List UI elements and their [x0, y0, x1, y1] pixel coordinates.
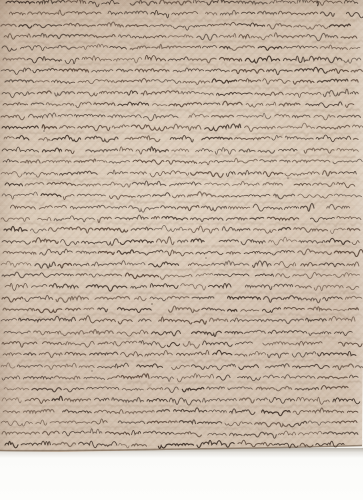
handwriting-line [238, 79, 261, 82]
handwriting-line [237, 113, 271, 119]
ghost-handwriting-line [343, 177, 359, 180]
ghost-handwriting-line [226, 404, 246, 409]
handwriting-line [346, 104, 354, 108]
ghost-handwriting-line [26, 201, 44, 206]
handwriting-line [256, 387, 274, 389]
ghost-handwriting-line [15, 19, 39, 21]
handwriting-line [213, 350, 232, 355]
ghost-handwriting-line [54, 293, 76, 296]
handwriting-line [232, 181, 259, 185]
ghost-handwriting-line [162, 131, 180, 133]
handwriting-line [77, 184, 101, 186]
handwriting-line [284, 307, 304, 309]
handwriting-line [172, 195, 185, 198]
ghost-handwriting-line [39, 222, 65, 226]
handwriting-line [351, 69, 362, 72]
handwriting-line [177, 205, 199, 210]
ghost-handwriting-line [355, 361, 362, 363]
handwriting-line [21, 160, 40, 163]
ghost-handwriting-line [263, 87, 283, 92]
handwriting-line [293, 272, 332, 278]
ghost-handwriting-line [271, 40, 299, 42]
handwriting-line [202, 308, 225, 311]
handwriting-line [66, 12, 101, 15]
handwriting-line [109, 160, 130, 163]
handwriting-line [160, 0, 192, 5]
ghost-handwriting-line [48, 88, 62, 90]
handwriting-line [238, 376, 261, 381]
ghost-handwriting-line [254, 269, 263, 270]
ghost-handwriting-line [58, 64, 73, 66]
handwriting-line [204, 103, 220, 105]
handwriting-line [214, 160, 233, 162]
ghost-handwriting-line [27, 426, 55, 430]
ghost-handwriting-line [278, 268, 305, 271]
ghost-handwriting-line [303, 291, 337, 296]
ghost-handwriting-line [16, 292, 34, 294]
ghost-handwriting-line [103, 426, 123, 428]
handwriting-line [59, 69, 88, 72]
handwriting-line [318, 351, 356, 356]
handwriting-line [321, 386, 348, 390]
handwriting-line [228, 387, 253, 390]
handwriting-line [226, 218, 247, 221]
handwriting-line [56, 296, 88, 303]
handwriting-line [337, 182, 355, 187]
ghost-handwriting-line [19, 360, 31, 364]
handwriting-line [232, 46, 255, 51]
ghost-handwriting-line [266, 246, 286, 248]
handwriting-line [292, 352, 316, 357]
ghost-handwriting-line [277, 292, 299, 294]
ghost-handwriting-line [215, 109, 247, 112]
ghost-handwriting-line [245, 359, 276, 363]
handwriting-line [293, 364, 330, 368]
handwriting-line [348, 308, 358, 310]
handwriting-line [73, 263, 89, 266]
handwriting-line [125, 410, 154, 413]
ghost-handwriting-line [168, 292, 201, 295]
handwriting-line [9, 12, 25, 15]
handwriting-line [276, 386, 292, 390]
handwriting-line [334, 194, 361, 197]
handwriting-line [267, 69, 293, 75]
handwriting-line [130, 172, 146, 174]
ghost-handwriting-line [73, 201, 88, 203]
ghost-handwriting-line [34, 360, 71, 363]
handwriting-line [169, 103, 202, 107]
ghost-handwriting-line [56, 19, 77, 22]
handwriting-line [238, 440, 273, 447]
handwriting-line [122, 388, 143, 390]
ghost-handwriting-line [155, 177, 168, 180]
handwriting-line [102, 0, 120, 4]
handwriting-line [293, 80, 314, 84]
handwriting-line [319, 263, 345, 267]
handwriting-line [38, 217, 51, 220]
handwriting-line [36, 309, 62, 313]
handwriting-line [279, 149, 298, 152]
handwriting-line [61, 227, 93, 233]
showthrough-layer [9, 18, 363, 432]
handwriting-line [19, 25, 32, 28]
handwriting-line [4, 226, 27, 231]
ghost-handwriting-line [253, 133, 284, 136]
handwriting-line [150, 297, 166, 301]
handwriting-line [181, 284, 206, 290]
handwriting-line [347, 262, 359, 266]
handwriting-line [318, 376, 348, 378]
ghost-handwriting-line [139, 313, 174, 316]
handwriting-line [174, 408, 207, 412]
handwriting-line [1, 115, 25, 120]
ghost-handwriting-line [161, 245, 192, 247]
handwriting-line [63, 410, 77, 413]
handwriting-line [91, 419, 107, 424]
handwriting-line [157, 410, 170, 413]
handwriting-line [28, 10, 66, 15]
handwriting-line [5, 183, 23, 186]
ghost-handwriting-line [74, 360, 99, 362]
ghost-handwriting-line [344, 337, 361, 340]
ghost-handwriting-line [202, 201, 238, 205]
ghost-handwriting-line [77, 62, 101, 65]
ghost-handwriting-line [107, 110, 122, 112]
handwriting-line [298, 431, 322, 435]
handwriting-line [353, 125, 363, 128]
ghost-handwriting-line [351, 223, 362, 226]
handwriting-line [274, 194, 295, 199]
handwriting-line [294, 228, 328, 233]
handwriting-line [309, 1, 342, 6]
handwriting-line [78, 80, 115, 84]
ghost-handwriting-line [243, 19, 260, 21]
ghost-handwriting-line [341, 427, 357, 429]
handwriting-line [292, 160, 330, 163]
handwriting-line [50, 421, 90, 423]
ghost-handwriting-line [144, 245, 159, 248]
handwriting-line [109, 195, 135, 199]
ghost-handwriting-line [87, 246, 98, 248]
handwriting-line [237, 229, 250, 231]
handwriting-line [136, 149, 146, 154]
handwriting-line [4, 137, 14, 139]
handwriting-line [258, 150, 274, 153]
handwriting-line [64, 23, 96, 26]
handwriting-line [108, 170, 128, 174]
ghost-handwriting-line [278, 359, 316, 363]
handwriting-line [264, 297, 282, 303]
handwriting-line [6, 1, 35, 4]
ghost-handwriting-line [111, 268, 132, 271]
handwriting-line [245, 126, 276, 131]
handwriting-line [306, 102, 342, 108]
handwriting-line [152, 104, 167, 106]
ghost-handwriting-line [23, 64, 54, 67]
handwriting-line [31, 229, 47, 233]
handwriting-line [39, 206, 52, 209]
handwriting-line [245, 330, 266, 333]
ghost-handwriting-line [230, 133, 246, 137]
ghost-handwriting-line [49, 405, 83, 408]
handwriting-line [119, 35, 131, 38]
ghost-handwriting-line [20, 223, 38, 225]
ghost-handwriting-line [69, 41, 95, 44]
handwriting-line [35, 80, 49, 82]
handwriting-line [355, 366, 363, 368]
handwriting-line [351, 80, 358, 82]
ghost-handwriting-line [197, 86, 224, 89]
handwriting-line [279, 227, 291, 230]
handwriting-line [1, 218, 30, 222]
handwriting-line [282, 375, 316, 379]
handwriting-line [141, 91, 179, 95]
ghost-handwriting-line [54, 314, 75, 318]
ghost-handwriting-line [251, 291, 272, 296]
handwriting-line [246, 103, 263, 107]
handwriting-line [3, 58, 25, 60]
ghost-handwriting-line [219, 269, 251, 273]
ghost-handwriting-line [92, 131, 107, 133]
handwriting-line [201, 93, 213, 95]
handwriting-line [168, 124, 201, 130]
ghost-handwriting-line [324, 18, 348, 21]
ghost-handwriting-line [343, 270, 357, 272]
handwriting-line [263, 342, 294, 345]
handwriting-line [2, 431, 39, 434]
handwriting-line [77, 92, 97, 96]
handwriting-line [49, 284, 78, 289]
handwriting-line [145, 350, 173, 356]
handwriting-line [326, 238, 350, 244]
handwriting-line [299, 240, 325, 243]
handwriting-line [196, 251, 223, 254]
handwriting-line [345, 296, 361, 299]
handwriting-line [297, 397, 330, 404]
ghost-handwriting-line [102, 61, 133, 65]
handwriting-line [270, 0, 296, 4]
ghost-handwriting-line [256, 427, 268, 431]
ghost-handwriting-line [267, 178, 280, 180]
handwriting-line [196, 148, 213, 151]
handwriting-line [314, 285, 343, 291]
handwriting-line [188, 226, 218, 233]
handwriting-line [3, 353, 21, 356]
handwriting-line [283, 296, 301, 300]
ghost-handwriting-line [212, 404, 222, 407]
handwriting-line [226, 252, 240, 255]
ghost-handwriting-line [80, 381, 91, 384]
handwriting-line [274, 284, 293, 287]
ghost-handwriting-line [72, 156, 87, 158]
ghost-handwriting-line [312, 19, 322, 22]
handwriting-line [112, 125, 129, 128]
handwriting-line [292, 115, 310, 118]
handwriting-line [249, 351, 266, 356]
handwriting-line [92, 70, 113, 72]
handwriting-line [39, 352, 62, 357]
handwriting-line [41, 194, 61, 197]
handwriting-line [274, 262, 296, 268]
handwriting-line [48, 228, 59, 232]
handwriting-line [36, 420, 47, 425]
handwriting-line [238, 170, 261, 174]
handwriting-line [176, 432, 202, 437]
handwriting-line [244, 432, 276, 438]
ghost-handwriting-line [294, 20, 310, 22]
ghost-handwriting-line [178, 404, 208, 408]
handwriting-line [346, 12, 363, 18]
handwriting-line [333, 273, 360, 278]
handwriting-line [33, 68, 58, 72]
handwriting-line [110, 46, 127, 49]
ghost-handwriting-line [101, 245, 136, 248]
handwriting-line [197, 34, 217, 40]
handwriting-line [245, 285, 272, 290]
handwriting-line [87, 387, 119, 390]
handwriting-line [308, 421, 330, 425]
handwriting-line [143, 114, 178, 120]
handwriting-line [86, 429, 102, 434]
handwriting-line [98, 363, 129, 368]
handwriting-line [4, 388, 29, 390]
ghost-handwriting-line [135, 132, 155, 135]
ghost-handwriting-line [121, 178, 138, 182]
handwriting-line [301, 263, 317, 266]
handwriting-line [269, 397, 295, 403]
handwriting-line [314, 115, 335, 120]
handwriting-line [240, 398, 255, 403]
handwriting-line [294, 183, 311, 185]
handwriting-line [263, 183, 282, 186]
handwriting-line [217, 92, 253, 95]
ghost-handwriting-line [58, 426, 91, 432]
ghost-handwriting-line [80, 291, 93, 295]
ghost-handwriting-line [349, 247, 362, 248]
handwriting-line [162, 216, 188, 220]
ink-speck [205, 257, 207, 259]
handwriting-line [65, 58, 79, 64]
handwriting-line [310, 217, 334, 222]
handwriting-line [263, 375, 279, 378]
handwriting-line [124, 91, 138, 95]
handwriting-line [266, 102, 276, 105]
handwriting-line [115, 215, 148, 219]
handwriting-line [143, 431, 174, 434]
ghost-handwriting-line [227, 86, 260, 89]
handwriting-line [135, 250, 163, 255]
handwriting-line [202, 46, 216, 48]
handwriting-line [79, 365, 94, 367]
handwriting-line [272, 250, 294, 255]
ghost-handwriting-line [141, 178, 153, 180]
ghost-handwriting-line [317, 358, 352, 361]
handwriting-line [323, 297, 343, 301]
handwriting-line [158, 443, 193, 448]
handwriting-line [262, 410, 291, 416]
handwriting-line [17, 365, 42, 368]
ghost-handwriting-line [250, 110, 279, 114]
handwriting-line [170, 135, 193, 142]
handwriting-line [24, 172, 35, 174]
handwriting-line [352, 241, 359, 245]
handwriting-line [135, 69, 169, 72]
handwriting-line [308, 307, 331, 311]
handwriting-line [92, 261, 126, 266]
handwriting-line [118, 320, 132, 324]
ghost-handwriting-line [353, 131, 361, 133]
handwriting-line [94, 410, 123, 414]
handwriting-line [284, 46, 318, 49]
ghost-handwriting-line [42, 269, 61, 271]
handwriting-line [159, 317, 192, 324]
ghost-handwriting-line [279, 337, 292, 339]
handwriting-line [145, 55, 165, 60]
ghost-handwriting-line [119, 41, 149, 45]
ghost-handwriting-line [271, 404, 297, 408]
handwriting-line [98, 308, 108, 312]
handwriting-line [54, 219, 64, 221]
ghost-handwriting-line [70, 246, 84, 248]
handwriting-line [151, 217, 159, 219]
ghost-handwriting-line [217, 19, 243, 21]
handwriting-line [2, 92, 34, 98]
handwriting-line [189, 114, 209, 118]
ghost-handwriting-line [45, 179, 70, 182]
handwriting-line [52, 396, 63, 400]
handwriting-line [338, 342, 362, 347]
handwriting-line [191, 239, 204, 242]
handwriting-line [43, 431, 60, 435]
handwriting-line [58, 114, 73, 116]
ghost-handwriting-line [140, 108, 175, 113]
handwriting-line [222, 227, 235, 231]
handwriting-line [220, 57, 242, 60]
handwriting-line [294, 25, 329, 29]
handwriting-line [237, 23, 265, 26]
ghost-handwriting-line [259, 200, 295, 203]
handwriting-line [295, 67, 327, 73]
ghost-handwriting-line [48, 382, 78, 385]
ghost-handwriting-line [174, 337, 209, 340]
handwriting-line [230, 433, 243, 435]
handwriting-line [61, 239, 80, 245]
handwriting-line [2, 376, 20, 380]
handwriting-line [353, 138, 358, 139]
handwriting-line [206, 69, 230, 72]
handwriting-line [138, 195, 151, 198]
ghost-handwriting-line [124, 86, 157, 88]
handwriting-line [267, 24, 291, 30]
handwriting-line [202, 137, 232, 140]
handwriting-line [82, 56, 112, 61]
handwriting-line [119, 443, 129, 448]
handwriting-line [333, 398, 360, 404]
handwriting-line [99, 91, 122, 93]
ghost-handwriting-line [320, 154, 355, 158]
handwriting-line [230, 409, 255, 415]
handwriting-line [156, 237, 174, 245]
ghost-handwriting-line [301, 426, 334, 430]
handwriting-line [121, 352, 143, 357]
handwriting-line [297, 0, 308, 3]
handwriting-line [20, 46, 47, 51]
handwriting-line [74, 159, 96, 162]
ghost-handwriting-line [190, 426, 220, 428]
handwriting-line [151, 10, 169, 18]
handwriting-line [98, 22, 124, 27]
handwriting-line [330, 228, 345, 234]
